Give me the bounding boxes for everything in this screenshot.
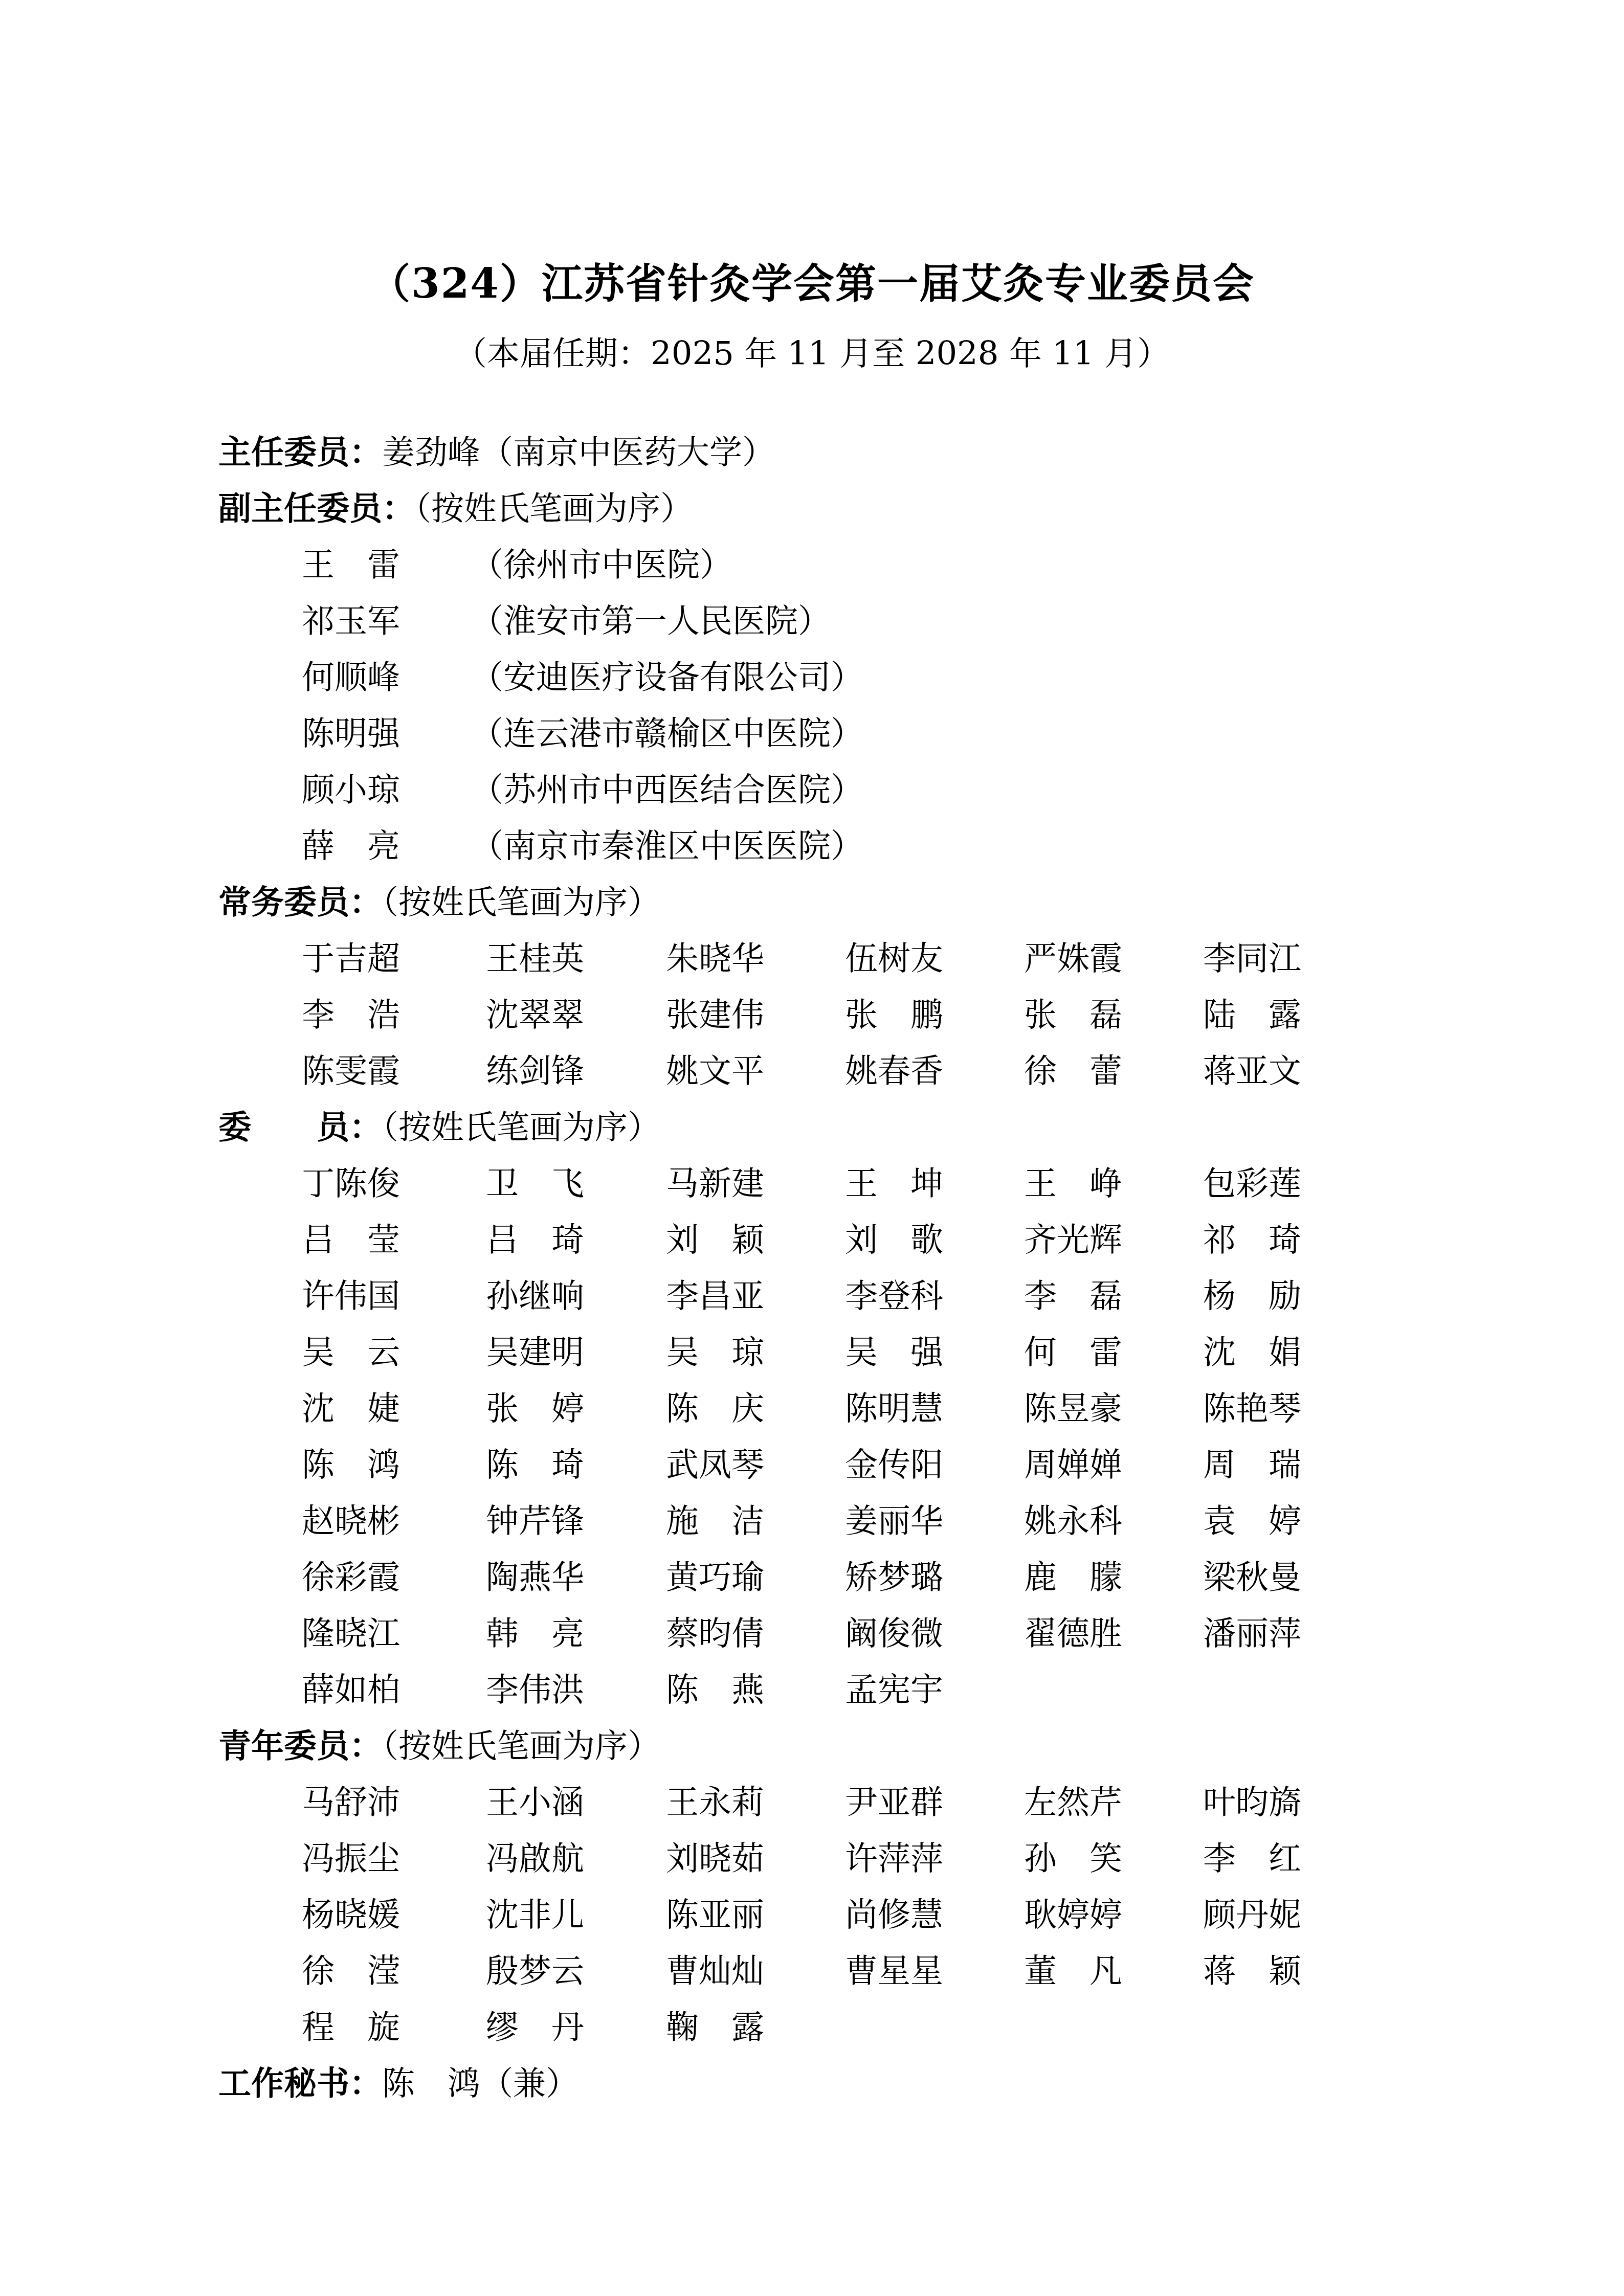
vice-director-name: 陈明强 [302, 708, 471, 759]
member-name: 陆 露 [1203, 989, 1301, 1041]
member-name: 姚文平 [666, 1046, 764, 1097]
member-name: 沈 婕 [302, 1383, 400, 1434]
secretary-label: 工作秘书： [218, 2065, 382, 2103]
youth-members-label: 青年委员： [218, 1727, 382, 1765]
member-name: 左然芹 [1024, 1777, 1122, 1828]
member-name: 施 洁 [666, 1496, 764, 1547]
member-name: 杨 励 [1203, 1271, 1301, 1322]
member-name: 刘晓茹 [666, 1833, 764, 1884]
member-name: 潘丽萍 [1203, 1608, 1301, 1659]
member-name: 隆晓江 [302, 1608, 400, 1659]
member-name: 李 磊 [1024, 1271, 1122, 1322]
vice-director-org: （安迪医疗设备有限公司） [471, 659, 863, 696]
member-name: 吴 琼 [666, 1327, 764, 1378]
member-name: 李伟洪 [486, 1664, 584, 1716]
member-name: 孟宪宇 [845, 1664, 943, 1716]
member-name: 于吉超 [302, 933, 400, 984]
member-name: 陈亚丽 [666, 1889, 764, 1941]
member-name: 姚永科 [1024, 1496, 1122, 1547]
member-name: 王小涵 [486, 1777, 584, 1828]
member-name: 王永莉 [666, 1777, 764, 1828]
members-heading: 委 员：（按姓氏笔画为序） [218, 1102, 660, 1153]
vice-director-name: 顾小琼 [302, 764, 471, 816]
member-name: 徐 蕾 [1024, 1046, 1122, 1097]
member-name: 薛如柏 [302, 1664, 400, 1716]
member-name: 朱晓华 [666, 933, 764, 984]
member-name: 陈昱豪 [1024, 1383, 1122, 1434]
member-name: 曹星星 [845, 1946, 943, 1997]
vice-director-entry: 王 雷（徐州市中医院） [302, 539, 732, 591]
member-name: 吴 强 [845, 1327, 943, 1378]
standing-members-note: （按姓氏笔画为序） [382, 884, 660, 921]
member-name: 陈雯霞 [302, 1046, 400, 1097]
member-name: 程 旋 [302, 2002, 400, 2053]
vice-director-name: 王 雷 [302, 539, 471, 591]
member-name: 马舒沛 [302, 1777, 400, 1828]
standing-members-heading: 常务委员：（按姓氏笔画为序） [218, 877, 660, 928]
member-name: 许萍萍 [845, 1833, 943, 1884]
members-label: 委 员： [218, 1109, 382, 1146]
vice-director-name: 薛 亮 [302, 821, 471, 872]
member-name: 孙继响 [486, 1271, 584, 1322]
member-name: 顾丹妮 [1203, 1889, 1301, 1941]
member-name: 李 红 [1203, 1833, 1301, 1884]
term-subtitle: （本届任期：2025 年 11 月至 2028 年 11 月） [0, 327, 1624, 374]
member-name: 吴建明 [486, 1327, 584, 1378]
member-name: 王桂英 [486, 933, 584, 984]
member-name: 梁秋曼 [1203, 1552, 1301, 1603]
member-name: 尹亚群 [845, 1777, 943, 1828]
member-name: 刘 歌 [845, 1214, 943, 1266]
member-name: 李 浩 [302, 989, 400, 1041]
member-name: 吕 琦 [486, 1214, 584, 1266]
member-name: 张建伟 [666, 989, 764, 1041]
members-note: （按姓氏笔画为序） [382, 1109, 660, 1146]
member-name: 武凤琴 [666, 1439, 764, 1491]
vice-directors-note: （按姓氏笔画为序） [415, 490, 693, 528]
vice-director-name: 祁玉军 [302, 596, 471, 647]
member-name: 矫梦璐 [845, 1552, 943, 1603]
director-label: 主任委员： [218, 434, 382, 471]
director-value: 姜劲峰（南京中医药大学） [382, 434, 775, 471]
member-name: 李登科 [845, 1271, 943, 1322]
vice-director-entry: 何顺峰（安迪医疗设备有限公司） [302, 652, 863, 703]
vice-director-entry: 陈明强（连云港市赣榆区中医院） [302, 708, 863, 759]
member-name: 陈 鸿 [302, 1439, 400, 1491]
member-name: 杨晓媛 [302, 1889, 400, 1941]
member-name: 鞠 露 [666, 2002, 764, 2053]
member-name: 王 峥 [1024, 1158, 1122, 1209]
member-name: 缪 丹 [486, 2002, 584, 2053]
member-name: 沈 娟 [1203, 1327, 1301, 1378]
member-name: 齐光辉 [1024, 1214, 1122, 1266]
member-name: 蒋亚文 [1203, 1046, 1301, 1097]
member-name: 何 雷 [1024, 1327, 1122, 1378]
member-name: 姚春香 [845, 1046, 943, 1097]
member-name: 韩 亮 [486, 1608, 584, 1659]
member-name: 祁 琦 [1203, 1214, 1301, 1266]
member-name: 陈 燕 [666, 1664, 764, 1716]
member-name: 冯振尘 [302, 1833, 400, 1884]
member-name: 董 凡 [1024, 1946, 1122, 1997]
member-name: 吕 莹 [302, 1214, 400, 1266]
member-name: 叶昀旖 [1203, 1777, 1301, 1828]
member-name: 严姝霞 [1024, 933, 1122, 984]
member-name: 袁 婷 [1203, 1496, 1301, 1547]
member-name: 冯啟航 [486, 1833, 584, 1884]
member-name: 钟芹锋 [486, 1496, 584, 1547]
member-name: 蔡昀倩 [666, 1608, 764, 1659]
member-name: 张 磊 [1024, 989, 1122, 1041]
vice-director-entry: 顾小琼（苏州市中西医结合医院） [302, 764, 863, 816]
member-name: 殷梦云 [486, 1946, 584, 1997]
member-name: 陈明慧 [845, 1383, 943, 1434]
vice-director-entry: 祁玉军（淮安市第一人民医院） [302, 596, 831, 647]
vice-director-org: （连云港市赣榆区中医院） [471, 715, 863, 753]
member-name: 李同江 [1203, 933, 1301, 984]
member-name: 卫 飞 [486, 1158, 584, 1209]
member-name: 李昌亚 [666, 1271, 764, 1322]
member-name: 翟德胜 [1024, 1608, 1122, 1659]
member-name: 黄巧瑜 [666, 1552, 764, 1603]
secretary-line: 工作秘书：陈 鸿（兼） [218, 2058, 579, 2109]
vice-director-entry: 薛 亮（南京市秦淮区中医医院） [302, 821, 863, 872]
vice-directors-heading: 副主任委员：（按姓氏笔画为序） [218, 483, 693, 534]
vice-director-name: 何顺峰 [302, 652, 471, 703]
vice-directors-label: 副主任委员： [218, 490, 415, 528]
member-name: 姜丽华 [845, 1496, 943, 1547]
member-name: 陈艳琴 [1203, 1383, 1301, 1434]
secretary-value: 陈 鸿（兼） [382, 2065, 579, 2103]
member-name: 鹿 朦 [1024, 1552, 1122, 1603]
director-line: 主任委员：姜劲峰（南京中医药大学） [218, 427, 775, 478]
member-name: 周婵婵 [1024, 1439, 1122, 1491]
member-name: 张 鹏 [845, 989, 943, 1041]
vice-director-org: （淮安市第一人民医院） [471, 602, 831, 640]
member-name: 伍树友 [845, 933, 943, 984]
member-name: 耿婷婷 [1024, 1889, 1122, 1941]
member-name: 许伟国 [302, 1271, 400, 1322]
member-name: 尚修慧 [845, 1889, 943, 1941]
member-name: 丁陈俊 [302, 1158, 400, 1209]
member-name: 曹灿灿 [666, 1946, 764, 1997]
member-name: 张 婷 [486, 1383, 584, 1434]
youth-members-heading: 青年委员：（按姓氏笔画为序） [218, 1721, 660, 1772]
member-name: 徐 滢 [302, 1946, 400, 1997]
member-name: 周 瑞 [1203, 1439, 1301, 1491]
vice-director-org: （徐州市中医院） [471, 546, 732, 584]
member-name: 刘 颖 [666, 1214, 764, 1266]
member-name: 孙 笑 [1024, 1833, 1122, 1884]
vice-director-org: （苏州市中西医结合医院） [471, 771, 863, 809]
youth-members-note: （按姓氏笔画为序） [382, 1727, 660, 1765]
document-title: （324）江苏省针灸学会第一届艾灸专业委员会 [0, 251, 1624, 309]
member-name: 阚俊微 [845, 1608, 943, 1659]
member-name: 金传阳 [845, 1439, 943, 1491]
member-name: 蒋 颖 [1203, 1946, 1301, 1997]
member-name: 陈 琦 [486, 1439, 584, 1491]
member-name: 陶燕华 [486, 1552, 584, 1603]
member-name: 陈 庆 [666, 1383, 764, 1434]
member-name: 包彩莲 [1203, 1158, 1301, 1209]
member-name: 王 坤 [845, 1158, 943, 1209]
member-name: 练剑锋 [486, 1046, 584, 1097]
member-name: 徐彩霞 [302, 1552, 400, 1603]
member-name: 吴 云 [302, 1327, 400, 1378]
member-name: 马新建 [666, 1158, 764, 1209]
member-name: 沈翠翠 [486, 989, 584, 1041]
vice-director-org: （南京市秦淮区中医医院） [471, 827, 863, 865]
standing-members-label: 常务委员： [218, 884, 382, 921]
member-name: 赵晓彬 [302, 1496, 400, 1547]
member-name: 沈非儿 [486, 1889, 584, 1941]
